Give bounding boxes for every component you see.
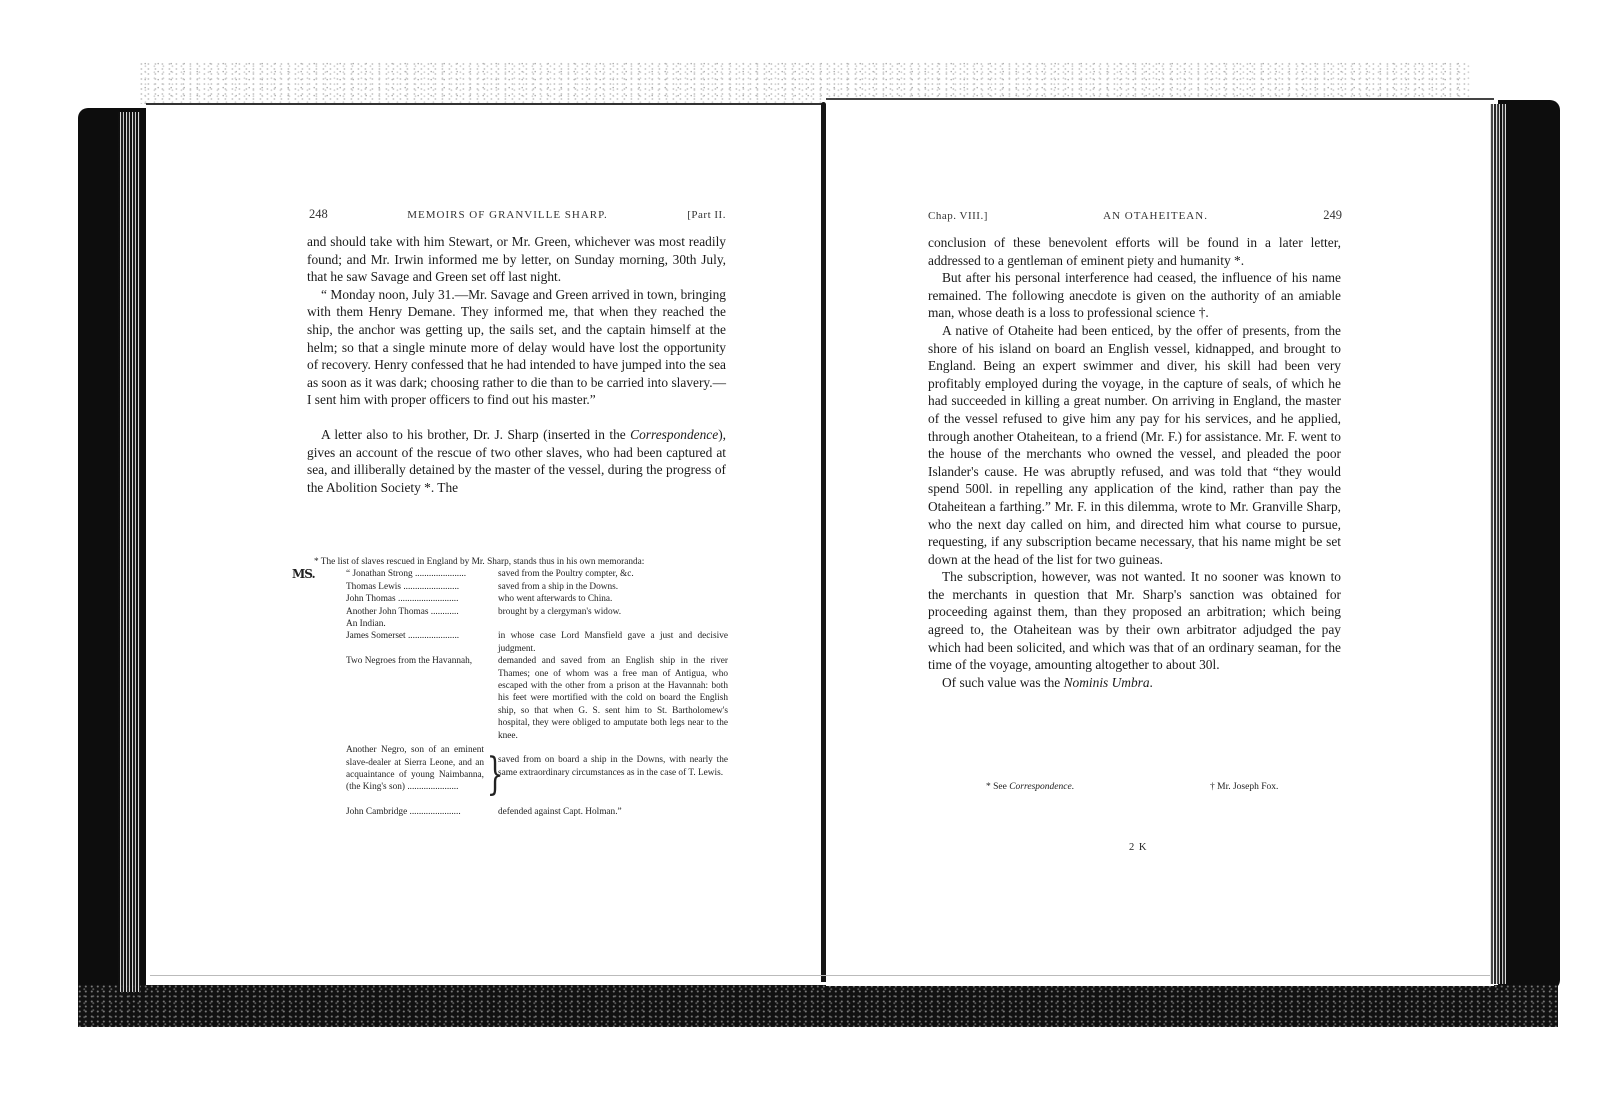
list-desc: defended against Capt. Holman.”: [498, 806, 728, 818]
signature-mark: 2 K: [1129, 842, 1147, 853]
paragraph: Of such value was the Nominis Umbra.: [928, 674, 1341, 692]
footnote-text: † Mr. Joseph Fox.: [1210, 782, 1278, 792]
book-gutter: [821, 102, 826, 982]
list-name: An Indian.: [346, 618, 498, 630]
list-name: Another Negro, son of an eminent slave-d…: [346, 744, 484, 806]
left-footnote: * The list of slaves rescued in England …: [292, 556, 728, 819]
list-item: Two Negroes from the Havannah,demanded a…: [346, 655, 728, 742]
footnote-dagger: † Mr. Joseph Fox.: [1210, 782, 1278, 792]
list-name: Thomas Lewis ........................: [346, 581, 498, 593]
paragraph-text: Of such value was the: [942, 675, 1064, 690]
list-item: John Cambridge ......................def…: [346, 806, 728, 818]
ms-mark: MS.: [292, 568, 315, 580]
right-running-head: Chap. VIII.] AN OTAHEITEAN. 249: [928, 208, 1342, 223]
running-title-right: AN OTAHEITEAN.: [1103, 210, 1208, 222]
left-page-edges: [118, 112, 140, 992]
paragraph: and should take with him Stewart, or Mr.…: [307, 233, 726, 286]
list-item: John Thomas ..........................wh…: [346, 593, 728, 605]
paragraph: conclusion of these benevolent efforts w…: [928, 234, 1341, 269]
paragraph: A native of Otaheite had been enticed, b…: [928, 322, 1341, 568]
list-desc: brought by a clergyman's widow.: [498, 606, 728, 618]
list-desc: who went afterwards to China.: [498, 593, 728, 605]
list-item: Another John Thomas ............brought …: [346, 606, 728, 618]
list-desc: saved from on board a ship in the Downs,…: [498, 744, 728, 806]
list-desc: in whose case Lord Mansfield gave a just…: [498, 630, 728, 655]
paragraph: But after his personal interference had …: [928, 269, 1341, 322]
chapter-label: Chap. VIII.]: [928, 210, 988, 222]
list-name: Another John Thomas ............: [346, 606, 498, 618]
italic-text: Correspondence: [630, 427, 718, 442]
footnote-star: * See Correspondence.: [986, 782, 1074, 792]
paragraph: “ Monday noon, July 31.—Mr. Savage and G…: [307, 286, 726, 409]
slave-list: “ Jonathan Strong ......................…: [346, 568, 728, 818]
list-desc: [498, 618, 728, 630]
list-desc: demanded and saved from an English ship …: [498, 655, 728, 742]
footnote-text: * See: [986, 782, 1009, 792]
paragraph: The subscription, however, was not wante…: [928, 568, 1341, 674]
brace-glyph: }: [487, 744, 495, 806]
right-body-text: conclusion of these benevolent efforts w…: [928, 234, 1341, 691]
left-running-head: 248 MEMOIRS OF GRANVILLE SHARP. [Part II…: [309, 207, 726, 222]
book-cover-bottom: [78, 985, 1558, 1027]
italic-text: Correspondence: [1009, 782, 1071, 792]
list-desc: saved from the Poultry compter, &c.: [498, 568, 728, 580]
page-number-left: 248: [309, 207, 328, 222]
list-name: James Somerset ......................: [346, 630, 498, 655]
left-body-text: and should take with him Stewart, or Mr.…: [307, 233, 726, 496]
list-name: “ Jonathan Strong ......................: [346, 568, 498, 580]
footnote-text: .: [1072, 782, 1074, 792]
paragraph-text: A letter also to his brother, Dr. J. Sha…: [321, 427, 630, 442]
list-item: James Somerset ......................in …: [346, 630, 728, 655]
list-item: “ Jonathan Strong ......................…: [346, 568, 728, 580]
page-number-right: 249: [1323, 208, 1342, 223]
footnote-intro: * The list of slaves rescued in England …: [292, 556, 728, 568]
part-label: [Part II.: [687, 209, 726, 221]
italic-text: Nominis Umbra: [1064, 675, 1150, 690]
list-name: John Thomas ..........................: [346, 593, 498, 605]
list-item: Thomas Lewis ........................sav…: [346, 581, 728, 593]
list-item: An Indian.: [346, 618, 728, 630]
list-item: Another Negro, son of an eminent slave-d…: [346, 744, 728, 806]
list-name: Two Negroes from the Havannah,: [346, 655, 498, 742]
paragraph: A letter also to his brother, Dr. J. Sha…: [307, 426, 726, 496]
right-page-edges: [1490, 104, 1506, 984]
page-bottom-edge: [150, 975, 1490, 976]
list-name: John Cambridge ......................: [346, 806, 498, 818]
list-desc: saved from a ship in the Downs.: [498, 581, 728, 593]
running-title-left: MEMOIRS OF GRANVILLE SHARP.: [407, 209, 608, 221]
book-cover-right: [1498, 100, 1560, 990]
paragraph-text: .: [1150, 675, 1153, 690]
